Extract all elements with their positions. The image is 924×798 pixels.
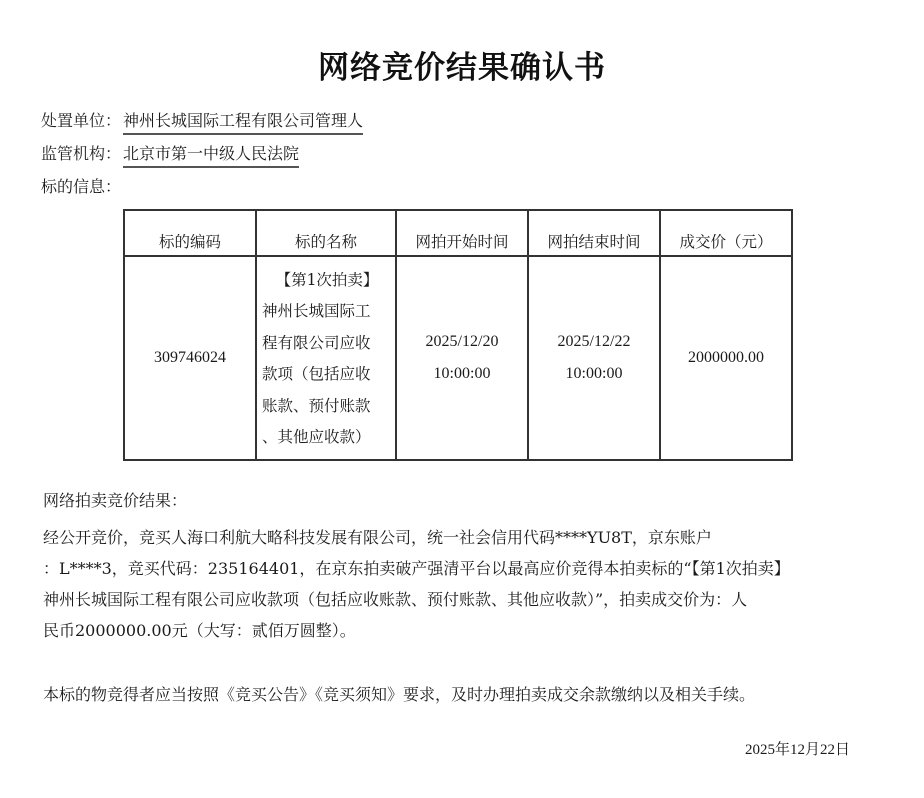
lot-name-line: 账款、预付账款	[262, 391, 392, 423]
table-header-row: 标的编码 标的名称 网拍开始时间 网拍结束时间 成交价（元）	[124, 210, 792, 256]
disposal-unit-label: 处置单位：	[41, 111, 121, 130]
lot-name-line: 款项（包括应收	[262, 359, 392, 391]
result-line: ：L****3，竞买代码：235164401，在京东拍卖破产强清平台以最高应价竞…	[43, 553, 855, 584]
document-date: 2025年12月22日	[745, 738, 850, 759]
supervisor-label: 监管机构：	[41, 144, 121, 163]
lot-table: 标的编码 标的名称 网拍开始时间 网拍结束时间 成交价（元） 309746024…	[123, 209, 793, 461]
start-time-cell: 2025/12/20 10:00:00	[396, 256, 528, 460]
result-line: 经公开竞价，竞买人海口利航大略科技发展有限公司，统一社会信用代码****YU8T…	[43, 522, 855, 553]
header-end-time: 网拍结束时间	[528, 210, 660, 256]
result-heading: 网络拍卖竞价结果：	[43, 488, 187, 511]
start-date: 2025/12/20	[397, 326, 527, 358]
result-line: 民币2000000.00元（大写：贰佰万圆整）。	[43, 615, 855, 646]
header-name: 标的名称	[256, 210, 396, 256]
header-price: 成交价（元）	[660, 210, 792, 256]
end-time: 10:00:00	[529, 358, 659, 390]
lot-info-label: 标的信息：	[41, 176, 121, 198]
lot-name-prefix: 【第1次拍卖】	[262, 265, 392, 297]
disposal-unit-value: 神州长城国际工程有限公司管理人	[123, 110, 363, 135]
result-line: 神州长城国际工程有限公司应收款项（包括应收账款、预付账款、其他应收款）”，拍卖成…	[43, 584, 855, 615]
lot-name-line: 、其他应收款）	[262, 422, 392, 454]
header-code: 标的编码	[124, 210, 256, 256]
start-time: 10:00:00	[397, 358, 527, 390]
lot-code: 309746024	[124, 256, 256, 460]
lot-name-line: 程有限公司应收	[262, 328, 392, 360]
lot-name: 【第1次拍卖】 神州长城国际工 程有限公司应收 款项（包括应收 账款、预付账款 …	[256, 256, 396, 460]
disposal-unit-row: 处置单位：神州长城国际工程有限公司管理人	[41, 110, 363, 135]
deal-price: 2000000.00	[660, 256, 792, 460]
lot-name-line: 神州长城国际工	[262, 296, 392, 328]
supervisor-row: 监管机构：北京市第一中级人民法院	[41, 143, 299, 168]
notice-paragraph: 本标的物竞得者应当按照《竞买公告》《竞买须知》要求，及时办理拍卖成交余款缴纳以及…	[43, 682, 755, 705]
result-paragraph: 经公开竞价，竞买人海口利航大略科技发展有限公司，统一社会信用代码****YU8T…	[43, 522, 855, 646]
table-row: 309746024 【第1次拍卖】 神州长城国际工 程有限公司应收 款项（包括应…	[124, 256, 792, 460]
end-time-cell: 2025/12/22 10:00:00	[528, 256, 660, 460]
end-date: 2025/12/22	[529, 326, 659, 358]
supervisor-value: 北京市第一中级人民法院	[123, 143, 299, 168]
header-start-time: 网拍开始时间	[396, 210, 528, 256]
document-title: 网络竞价结果确认书	[0, 42, 924, 87]
